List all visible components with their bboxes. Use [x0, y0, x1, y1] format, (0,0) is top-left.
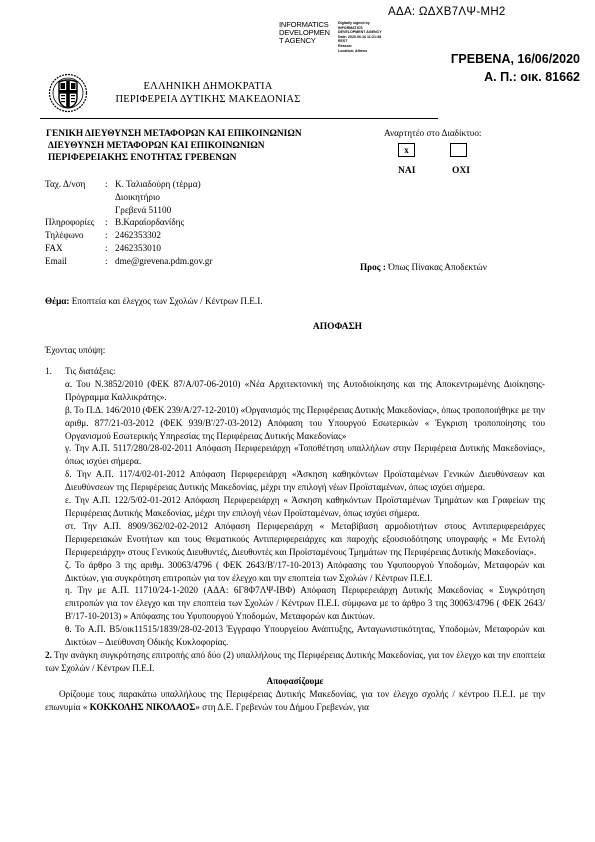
- publish-no-label: ΟΧΙ: [452, 166, 470, 176]
- greek-emblem-icon: [48, 73, 88, 113]
- signature-line: Location: Athens: [338, 49, 382, 54]
- clause-label: Τις διατάξεις:: [65, 366, 115, 376]
- publish-online-label: Αναρτητέο στο Διαδίκτυο:: [384, 128, 481, 138]
- subject-line: Θέμα: Εποπτεία και έλεγχος των Σχολών / …: [45, 296, 263, 306]
- phone-row: Τηλέφωνο : 2462353302: [45, 229, 212, 242]
- issuer-heading: ΕΛΛΗΝΙΚΗ ΔΗΜΟΚΡΑΤΙΑ ΠΕΡΙΦΕΡΕΙΑ ΔΥΤΙΚΗΣ Μ…: [108, 80, 308, 106]
- info-row: Πληροφορίες : Β.Καραϊορδανίδης: [45, 216, 212, 229]
- we-decide-heading: Αποφασίζουμε: [45, 675, 545, 688]
- digital-signature-text: Digitally signed by INFORMATICS DEVELOPM…: [338, 21, 382, 53]
- department-line: ΓΕΝΙΚΗ ΔΙΕΥΘΥΝΣΗ ΜΕΤΑΦΟΡΩΝ ΚΑΙ ΕΠΙΚΟΙΝΩΝ…: [46, 128, 302, 140]
- email-label: Email: [45, 255, 105, 268]
- contact-block: Ταχ. Δ/νση : Κ. Ταλιαδούρη (τέρμα) Διοικ…: [45, 178, 212, 268]
- clause-e: ε. Την Α.Π. 122/5/02-01-2012 Απόφαση Περ…: [45, 494, 545, 520]
- email-row: Email : dme@grevena.pdm.gov.gr: [45, 255, 212, 268]
- protocol-number: Α. Π.: οικ. 81662: [484, 70, 580, 84]
- department-line: ΔΙΕΥΘΥΝΣΗ ΜΕΤΑΦΟΡΩΝ ΚΑΙ ΕΠΙΚΟΙΝΩΝΙΩΝ: [46, 140, 302, 152]
- document-body: 1.Τις διατάξεις: α. Του Ν.3852/2010 (ΦΕΚ…: [45, 365, 545, 713]
- clause-d: δ. Την Α.Π. 117/4/02-01-2012 Απόφαση Περ…: [45, 468, 545, 494]
- address-line: Γρεβενά 51100: [115, 204, 171, 217]
- decision-text: » στη Δ.Ε. Γρεβενών του Δήμου Γρεβενών, …: [195, 702, 369, 712]
- informatics-logo: INFORMATICS DEVELOPMEN T AGENCY: [279, 21, 330, 46]
- ada-code: ΑΔΑ: ΩΔΧΒ7ΛΨ-ΜΗ2: [388, 6, 506, 18]
- clause-st: στ. Την Α.Π. 8909/362/02-02-2012 Απόφαση…: [45, 520, 545, 559]
- republic-title: ΕΛΛΗΝΙΚΗ ΔΗΜΟΚΡΑΤΙΑ: [108, 80, 308, 93]
- clause-number: 1.: [45, 365, 65, 378]
- fax-value: 2462353010: [115, 242, 161, 255]
- department-line: ΠΕΡΙΦΕΡΕΙΑΚΗΣ ΕΝΟΤΗΤΑΣ ΓΡΕΒΕΝΩΝ: [46, 152, 302, 164]
- decision-title: ΑΠΟΦΑΣΗ: [0, 322, 595, 332]
- phone-value: 2462353302: [115, 229, 161, 242]
- clause-a: α. Του Ν.3852/2010 (ΦΕΚ 87/Α/07-06-2010)…: [45, 378, 545, 404]
- clause-2: 2. Την ανάγκη συγκρότησης επιτροπής από …: [45, 649, 545, 675]
- address-row: Διοικητήριο: [45, 191, 212, 204]
- address-row: Ταχ. Δ/νση : Κ. Ταλιαδούρη (τέρμα): [45, 178, 212, 191]
- separator: :: [105, 216, 115, 229]
- subject-value: Εποπτεία και έλεγχος των Σχολών / Κέντρω…: [72, 296, 263, 306]
- clause-text: Την ανάγκη συγκρότησης επιτροπής από δύο…: [45, 650, 545, 673]
- recipient-value: Όπως Πίνακας Αποδεκτών: [388, 262, 487, 272]
- separator: :: [105, 178, 115, 191]
- logo-line: T AGENCY: [279, 37, 330, 45]
- clause-1: 1.Τις διατάξεις:: [45, 365, 545, 378]
- email-link[interactable]: dme@grevena.pdm.gov.gr: [115, 255, 212, 268]
- separator: :: [105, 242, 115, 255]
- info-value: Β.Καραϊορδανίδης: [115, 216, 184, 229]
- separator: :: [105, 255, 115, 268]
- clause-number: 2.: [45, 650, 52, 660]
- address-label: Ταχ. Δ/νση: [45, 178, 105, 191]
- clause-h: η. Την με Α.Π. 11710/24-1-2020 (ΑΔΑ: 6Γ8…: [45, 584, 545, 623]
- recipient-line: Προς : Όπως Πίνακας Αποδεκτών: [360, 262, 487, 272]
- address-row: Γρεβενά 51100: [45, 204, 212, 217]
- separator: :: [105, 229, 115, 242]
- fax-label: FAX: [45, 242, 105, 255]
- recipient-label: Προς :: [360, 262, 386, 272]
- document-date: ΓΡΕΒΕΝΑ, 16/06/2020: [451, 52, 580, 66]
- publish-yes-checkbox[interactable]: x: [398, 143, 415, 157]
- considering-heading: Έχοντας υπόψη:: [45, 345, 105, 355]
- info-label: Πληροφορίες: [45, 216, 105, 229]
- header-divider: [40, 118, 438, 119]
- decision-paragraph: Ορίζουμε τους παρακάτω υπαλλήλους της Πε…: [45, 688, 545, 714]
- publish-yes-label: ΝΑΙ: [398, 166, 415, 176]
- school-name: ΚΟΚΚΟΛΗΣ ΝΙΚΟΛΑΟΣ: [90, 702, 196, 712]
- fax-row: FAX : 2462353010: [45, 242, 212, 255]
- clause-z: ζ. Το άρθρο 3 της αριθμ. 30063/4796 ( ΦΕ…: [45, 559, 545, 585]
- subject-label: Θέμα:: [45, 296, 69, 306]
- clause-b: β. Το Π.Δ. 146/2010 (ΦΕΚ 239/Α/27-12-201…: [45, 404, 545, 443]
- address-line: Κ. Ταλιαδούρη (τέρμα): [115, 178, 201, 191]
- clause-th: θ. Το Α.Π. Β5/οικ11515/1839/28-02-2013 Έ…: [45, 623, 545, 649]
- phone-label: Τηλέφωνο: [45, 229, 105, 242]
- region-title: ΠΕΡΙΦΕΡΕΙΑ ΔΥΤΙΚΗΣ ΜΑΚΕΔΟΝΙΑΣ: [108, 93, 308, 106]
- clause-c: γ. Την Α.Π. 5117/280/28-02-2011 Απόφαση …: [45, 442, 545, 468]
- department-block: ΓΕΝΙΚΗ ΔΙΕΥΘΥΝΣΗ ΜΕΤΑΦΟΡΩΝ ΚΑΙ ΕΠΙΚΟΙΝΩΝ…: [46, 128, 302, 164]
- publish-no-checkbox[interactable]: [450, 143, 467, 157]
- address-line: Διοικητήριο: [115, 191, 160, 204]
